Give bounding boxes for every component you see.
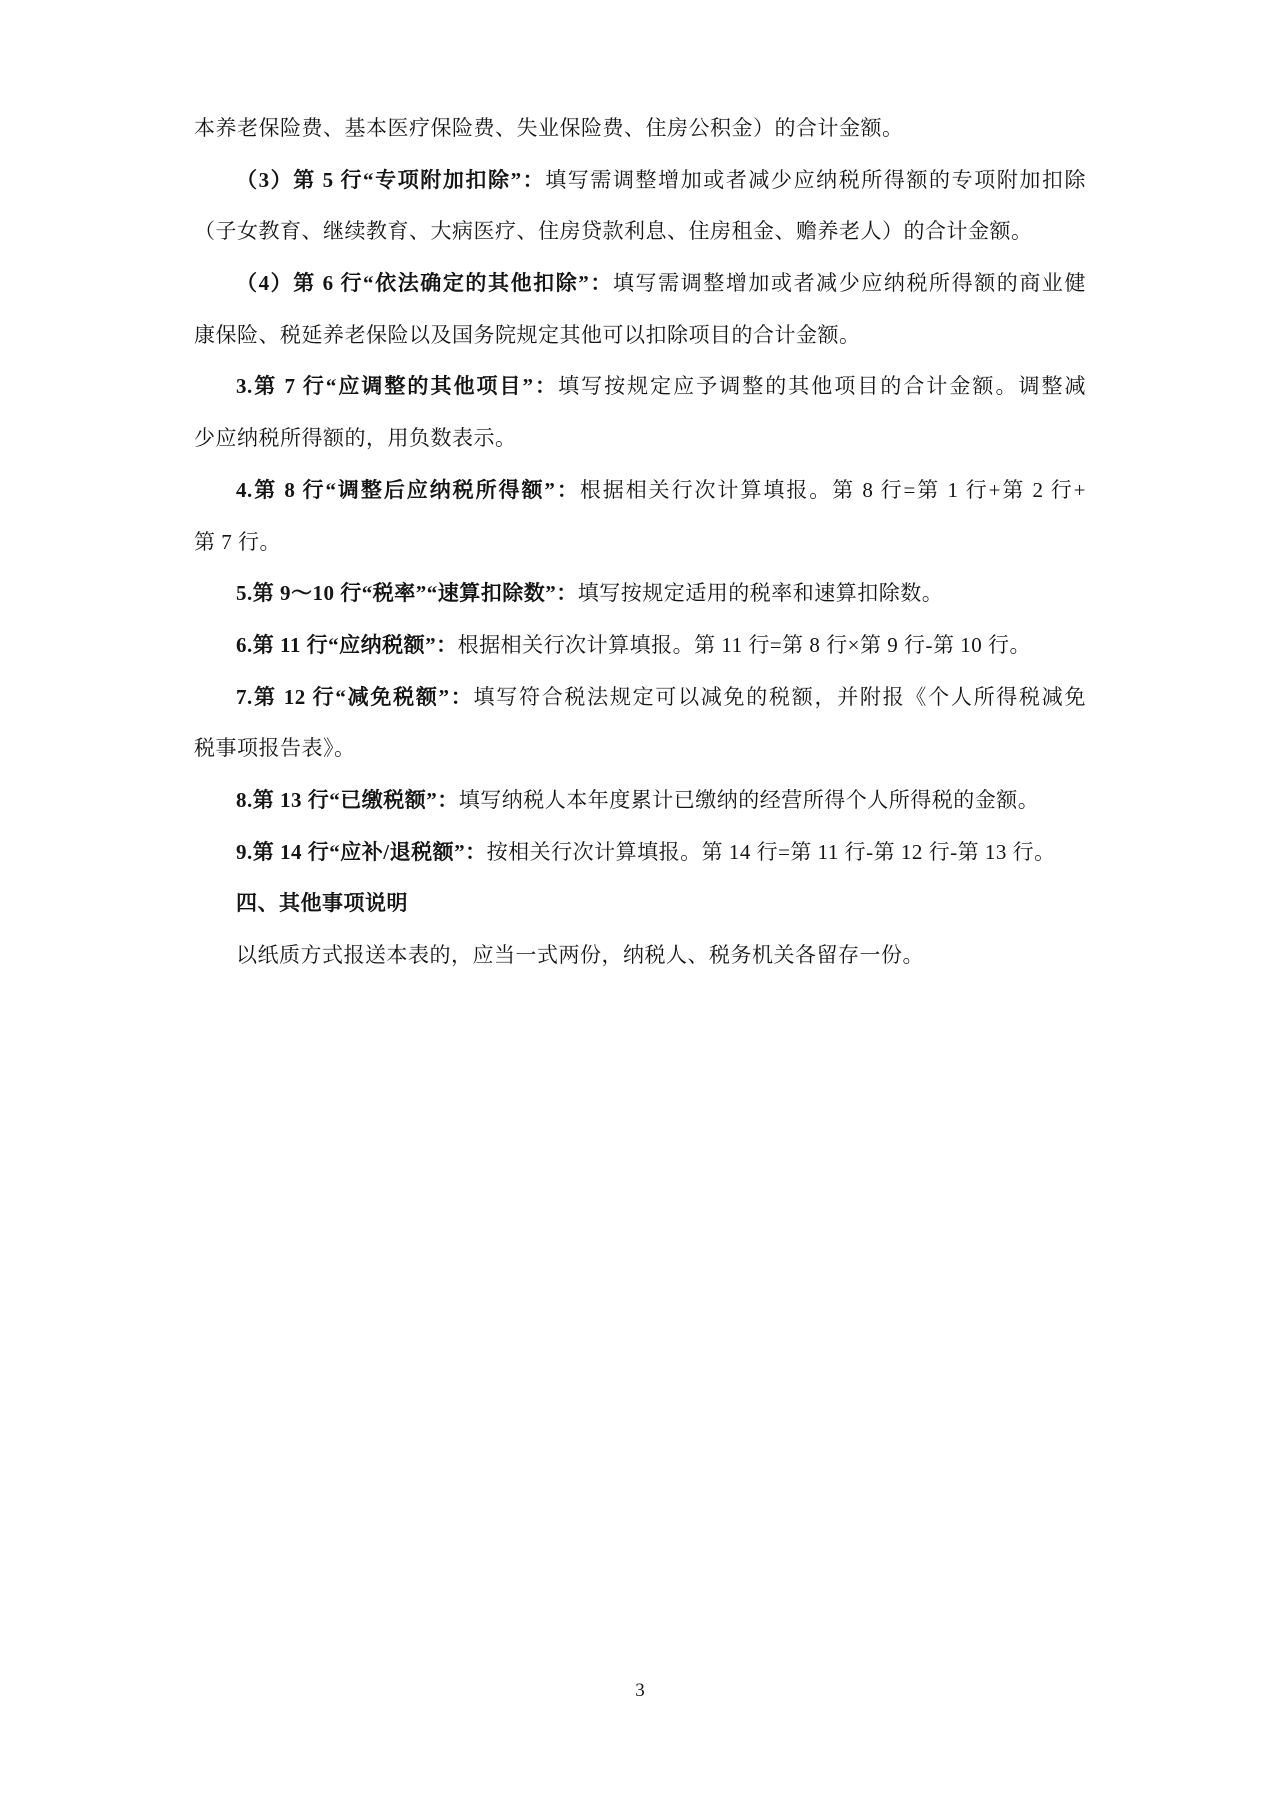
emphasis-text-run: 8.第 13 行“已缴税额”： xyxy=(236,788,459,812)
text-run: 填写需调整增加或者减少应纳税所得额的商业健 xyxy=(613,271,1086,295)
text-line: 第 7 行。 xyxy=(194,517,1086,569)
emphasis-text-run: 4.第 8 行“调整后应纳税所得额”： xyxy=(236,478,580,502)
document-body: 本养老保险费、基本医疗保险费、失业保险费、住房公积金）的合计金额。（3）第 5 … xyxy=(194,103,1086,982)
text-line: 以纸质方式报送本表的，应当一式两份，纳税人、税务机关各留存一份。 xyxy=(194,930,1086,982)
emphasis-text-run: （4）第 6 行“依法确定的其他扣除”： xyxy=(236,271,613,295)
text-line: 四、其他事项说明 xyxy=(194,878,1086,930)
emphasis-text-run: 3.第 7 行“应调整的其他项目”： xyxy=(236,374,558,398)
text-run: 填写需调整增加或者减少应纳税所得额的专项附加扣除 xyxy=(545,168,1086,192)
text-run: 根据相关行次计算填报。第 11 行=第 8 行×第 9 行-第 10 行。 xyxy=(458,633,1031,657)
text-run: 填写纳税人本年度累计已缴纳的经营所得个人所得税的金额。 xyxy=(459,788,1040,812)
text-line: 3.第 7 行“应调整的其他项目”：填写按规定应予调整的其他项目的合计金额。调整… xyxy=(194,361,1086,413)
text-line: 少应纳税所得额的，用负数表示。 xyxy=(194,413,1086,465)
text-line: 8.第 13 行“已缴税额”：填写纳税人本年度累计已缴纳的经营所得个人所得税的金… xyxy=(194,775,1086,827)
text-run: 填写按规定适用的税率和速算扣除数。 xyxy=(578,581,944,605)
emphasis-text-run: 7.第 12 行“减免税额”： xyxy=(236,685,474,709)
text-line: 5.第 9～10 行“税率”“速算扣除数”：填写按规定适用的税率和速算扣除数。 xyxy=(194,568,1086,620)
emphasis-text-run: 5.第 9～10 行“税率”“速算扣除数”： xyxy=(236,581,578,605)
emphasis-text-run: （3）第 5 行“专项附加扣除”： xyxy=(236,168,545,192)
text-line: 7.第 12 行“减免税额”：填写符合税法规定可以减免的税额，并附报《个人所得税… xyxy=(194,672,1086,724)
page-number: 3 xyxy=(0,1678,1280,1704)
emphasis-text-run: 四、其他事项说明 xyxy=(236,891,408,915)
text-run: 康保险、税延养老保险以及国务院规定其他可以扣除项目的合计金额。 xyxy=(194,323,861,347)
text-run: 以纸质方式报送本表的，应当一式两份，纳税人、税务机关各留存一份。 xyxy=(236,943,924,967)
text-run: 本养老保险费、基本医疗保险费、失业保险费、住房公积金）的合计金额。 xyxy=(194,116,904,140)
text-run: 按相关行次计算填报。第 14 行=第 11 行-第 12 行-第 13 行。 xyxy=(487,840,1056,864)
text-run: 第 7 行。 xyxy=(194,530,281,554)
text-run: 填写按规定应予调整的其他项目的合计金额。调整减 xyxy=(558,374,1086,398)
text-line: 税事项报告表》。 xyxy=(194,723,1086,775)
text-line: （3）第 5 行“专项附加扣除”：填写需调整增加或者减少应纳税所得额的专项附加扣… xyxy=(194,155,1086,207)
text-run: 少应纳税所得额的，用负数表示。 xyxy=(194,426,517,450)
text-line: 6.第 11 行“应纳税额”：根据相关行次计算填报。第 11 行=第 8 行×第… xyxy=(194,620,1086,672)
text-line: 9.第 14 行“应补/退税额”：按相关行次计算填报。第 14 行=第 11 行… xyxy=(194,827,1086,879)
text-line: 4.第 8 行“调整后应纳税所得额”：根据相关行次计算填报。第 8 行=第 1 … xyxy=(194,465,1086,517)
emphasis-text-run: 9.第 14 行“应补/退税额”： xyxy=(236,840,487,864)
text-run: 填写符合税法规定可以减免的税额，并附报《个人所得税减免 xyxy=(474,685,1087,709)
text-run: 税事项报告表》。 xyxy=(194,736,356,760)
text-line: 本养老保险费、基本医疗保险费、失业保险费、住房公积金）的合计金额。 xyxy=(194,103,1086,155)
text-line: 康保险、税延养老保险以及国务院规定其他可以扣除项目的合计金额。 xyxy=(194,310,1086,362)
text-run: 根据相关行次计算填报。第 8 行=第 1 行+第 2 行+ xyxy=(580,478,1086,502)
text-line: （子女教育、继续教育、大病医疗、住房贷款利息、住房租金、赡养老人）的合计金额。 xyxy=(194,206,1086,258)
document-page: 本养老保险费、基本医疗保险费、失业保险费、住房公积金）的合计金额。（3）第 5 … xyxy=(0,0,1280,1810)
emphasis-text-run: 6.第 11 行“应纳税额”： xyxy=(236,633,458,657)
text-run: （子女教育、继续教育、大病医疗、住房贷款利息、住房租金、赡养老人）的合计金额。 xyxy=(194,219,1033,243)
text-line: （4）第 6 行“依法确定的其他扣除”：填写需调整增加或者减少应纳税所得额的商业… xyxy=(194,258,1086,310)
